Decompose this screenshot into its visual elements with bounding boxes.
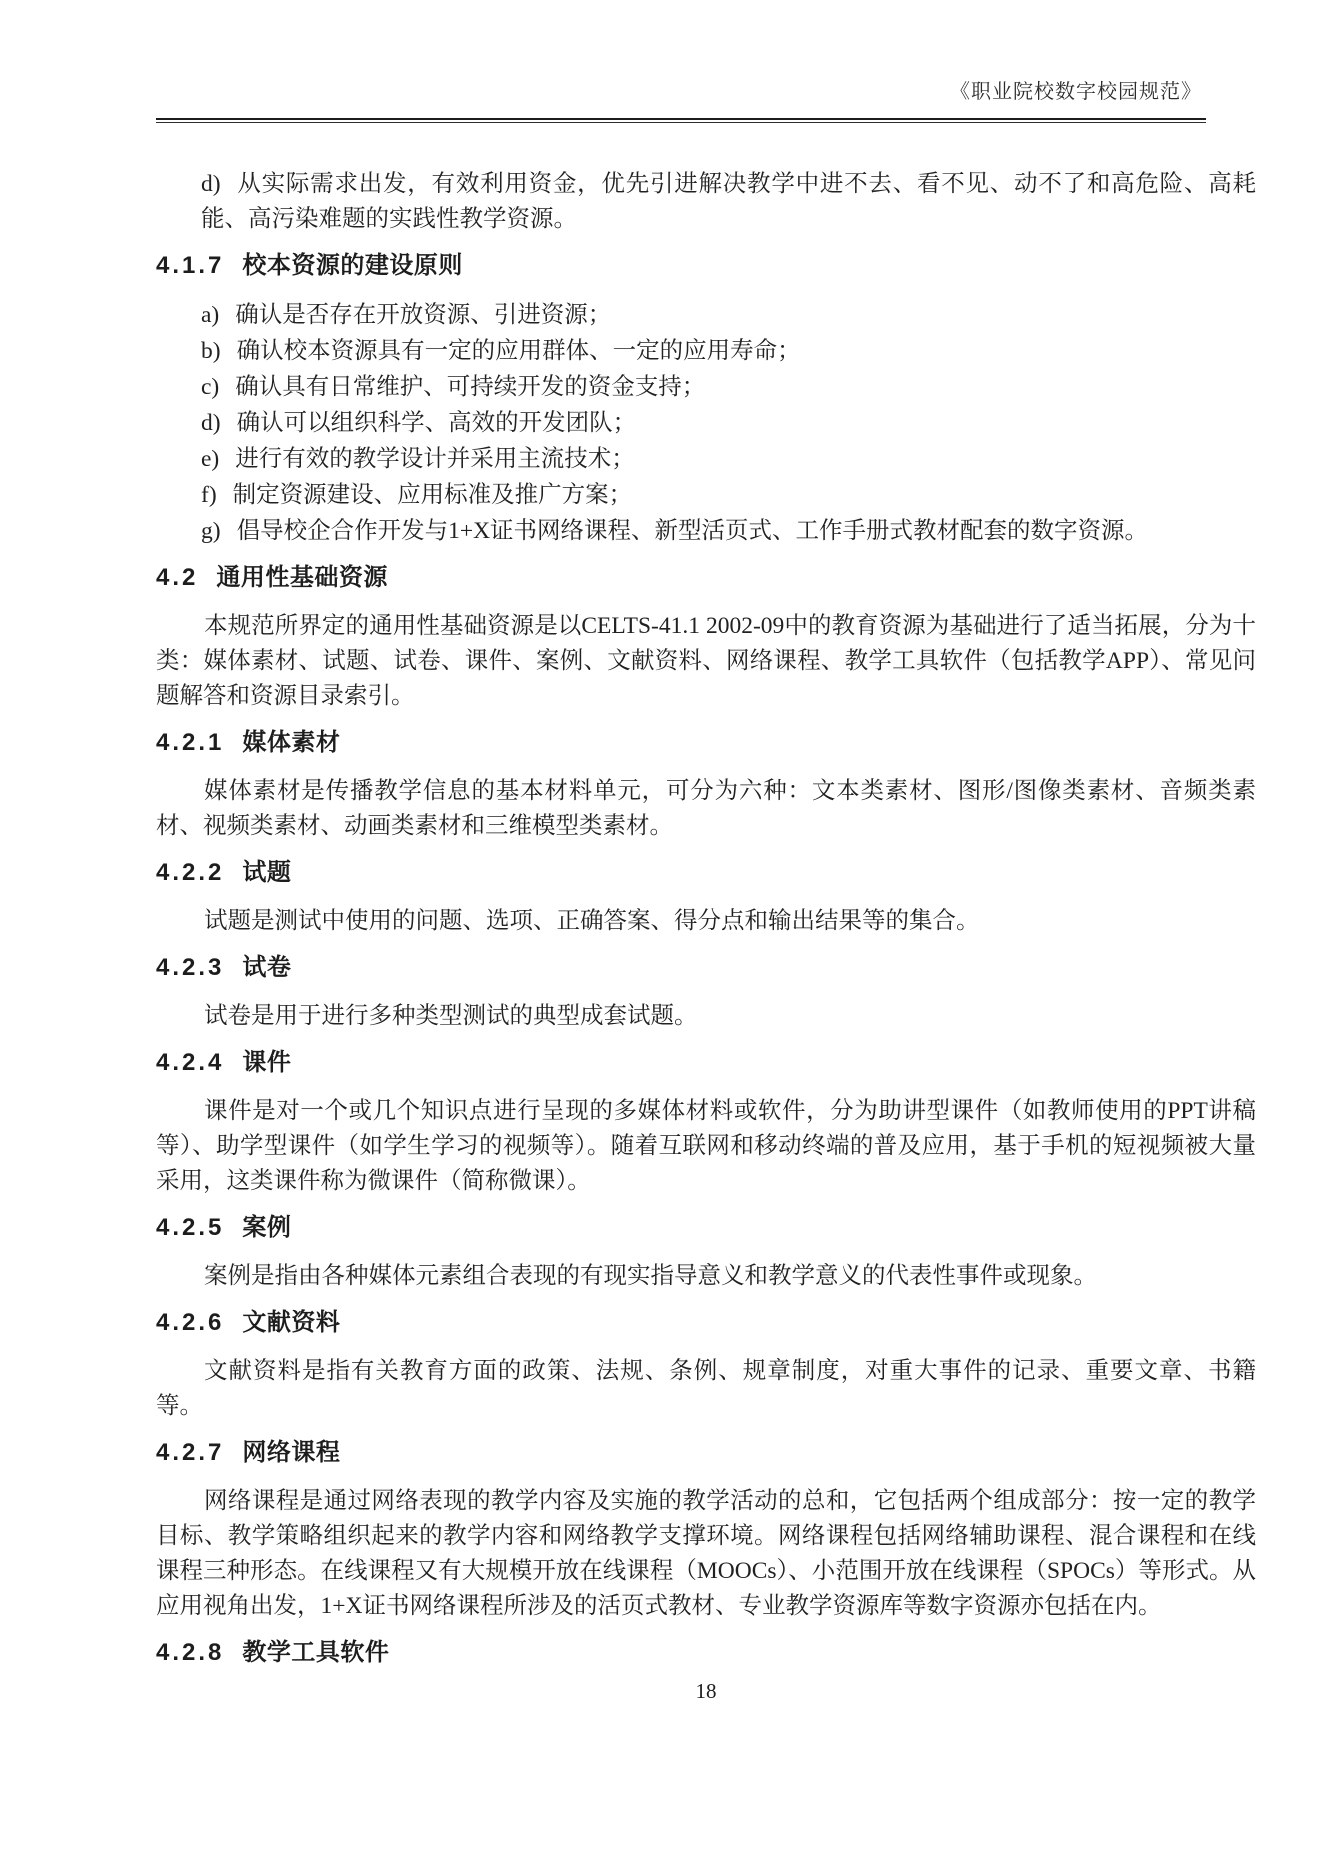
section-number: 4.2.6: [156, 1309, 224, 1336]
section-title: 试卷: [242, 954, 291, 981]
paragraph: 课件是对一个或几个知识点进行呈现的多媒体材料或软件，分为助讲型课件（如教师使用的…: [156, 1094, 1256, 1199]
paragraph: 试卷是用于进行多种类型测试的典型成套试题。: [156, 999, 1256, 1034]
list-item-label: g): [201, 518, 221, 544]
lettered-list: a)确认是否存在开放资源、引进资源； b)确认校本资源具有一定的应用群体、一定的…: [201, 298, 1256, 549]
header-rule-thick-line: [156, 118, 1206, 120]
header-rule: [156, 118, 1206, 123]
list-item-text: 进行有效的教学设计并采用主流技术；: [235, 446, 635, 472]
section-heading-4-2-3: 4.2.3试卷: [156, 953, 1256, 983]
section-heading-4-2-4: 4.2.4课件: [156, 1048, 1256, 1078]
section-title: 课件: [242, 1049, 291, 1076]
section-heading-4-2: 4.2通用性基础资源: [156, 563, 1256, 593]
section-number: 4.2.3: [156, 954, 224, 981]
list-item: b)确认校本资源具有一定的应用群体、一定的应用寿命；: [201, 334, 1256, 369]
list-item-text: 确认具有日常维护、可持续开发的资金支持；: [235, 374, 705, 400]
section-title: 校本资源的建设原则: [242, 252, 463, 279]
section-number: 4.2.5: [156, 1214, 224, 1241]
section-title: 通用性基础资源: [216, 564, 388, 591]
paragraph: 试题是测试中使用的问题、选项、正确答案、得分点和输出结果等的集合。: [156, 904, 1256, 939]
list-item-text: 制定资源建设、应用标准及推广方案；: [233, 482, 633, 508]
paragraph: 媒体素材是传播教学信息的基本材料单元，可分为六种：文本类素材、图形/图像类素材、…: [156, 774, 1256, 844]
header-title: 《职业院校数字校园规范》: [156, 80, 1206, 104]
list-item-text: 确认校本资源具有一定的应用群体、一定的应用寿命；: [237, 338, 801, 364]
list-item-label: e): [201, 446, 219, 472]
section-heading-4-2-1: 4.2.1媒体素材: [156, 728, 1256, 758]
section-number: 4.2.8: [156, 1639, 224, 1666]
paragraph: 文献资料是指有关教育方面的政策、法规、条例、规章制度，对重大事件的记录、重要文章…: [156, 1354, 1256, 1424]
list-item-text: 从实际需求出发，有效利用资金，优先引进解决教学中进不去、看不见、动不了和高危险、…: [201, 171, 1256, 232]
section-heading-4-2-6: 4.2.6文献资料: [156, 1308, 1256, 1338]
list-item: c)确认具有日常维护、可持续开发的资金支持；: [201, 370, 1256, 405]
section-number: 4.2.2: [156, 859, 224, 886]
section-number: 4.2.1: [156, 729, 224, 756]
page-number: 18: [156, 1678, 1256, 1704]
section-title: 案例: [242, 1214, 291, 1241]
section-number: 4.2.7: [156, 1439, 224, 1466]
list-item-text: 确认是否存在开放资源、引进资源；: [235, 302, 611, 328]
list-item-label: c): [201, 374, 219, 400]
section-number: 4.2: [156, 564, 198, 591]
list-item: e)进行有效的教学设计并采用主流技术；: [201, 442, 1256, 477]
list-item-label: b): [201, 338, 221, 364]
section-title: 网络课程: [242, 1439, 340, 1466]
header-rule-thin-line: [156, 122, 1206, 123]
paragraph: 案例是指由各种媒体元素组合表现的有现实指导意义和教学意义的代表性事件或现象。: [156, 1259, 1256, 1294]
list-item: f)制定资源建设、应用标准及推广方案；: [201, 478, 1256, 513]
list-item-label: a): [201, 302, 219, 328]
list-item: a)确认是否存在开放资源、引进资源；: [201, 298, 1256, 333]
list-item-text: 确认可以组织科学、高效的开发团队；: [237, 410, 637, 436]
section-heading-4-2-8: 4.2.8教学工具软件: [156, 1638, 1256, 1668]
section-title: 文献资料: [242, 1309, 340, 1336]
section-heading-4-2-7: 4.2.7网络课程: [156, 1438, 1256, 1468]
list-item-text: 倡导校企合作开发与1+X证书网络课程、新型活页式、工作手册式教材配套的数字资源。: [237, 518, 1148, 544]
list-item: g)倡导校企合作开发与1+X证书网络课程、新型活页式、工作手册式教材配套的数字资…: [201, 514, 1256, 549]
section-heading-4-1-7: 4.1.7校本资源的建设原则: [156, 251, 1256, 281]
page-content: 《职业院校数字校园规范》 d)从实际需求出发，有效利用资金，优先引进解决教学中进…: [0, 0, 1323, 1704]
list-item-label: d): [201, 410, 221, 436]
list-item-label: f): [201, 482, 217, 508]
section-number: 4.2.4: [156, 1049, 224, 1076]
document-page: 《职业院校数字校园规范》 d)从实际需求出发，有效利用资金，优先引进解决教学中进…: [0, 0, 1323, 1871]
paragraph: 本规范所界定的通用性基础资源是以CELTS-41.1 2002-09中的教育资源…: [156, 609, 1256, 714]
section-heading-4-2-2: 4.2.2试题: [156, 858, 1256, 888]
section-title: 教学工具软件: [242, 1639, 389, 1666]
section-title: 试题: [242, 859, 291, 886]
list-item-label: d): [201, 171, 221, 197]
section-heading-4-2-5: 4.2.5案例: [156, 1213, 1256, 1243]
paragraph: 网络课程是通过网络表现的教学内容及实施的教学活动的总和，它包括两个组成部分：按一…: [156, 1484, 1256, 1624]
section-number: 4.1.7: [156, 252, 224, 279]
section-title: 媒体素材: [242, 729, 340, 756]
page-header: 《职业院校数字校园规范》: [156, 80, 1206, 123]
list-item: d)确认可以组织科学、高效的开发团队；: [201, 406, 1256, 441]
list-item-continued: d)从实际需求出发，有效利用资金，优先引进解决教学中进不去、看不见、动不了和高危…: [201, 167, 1256, 237]
